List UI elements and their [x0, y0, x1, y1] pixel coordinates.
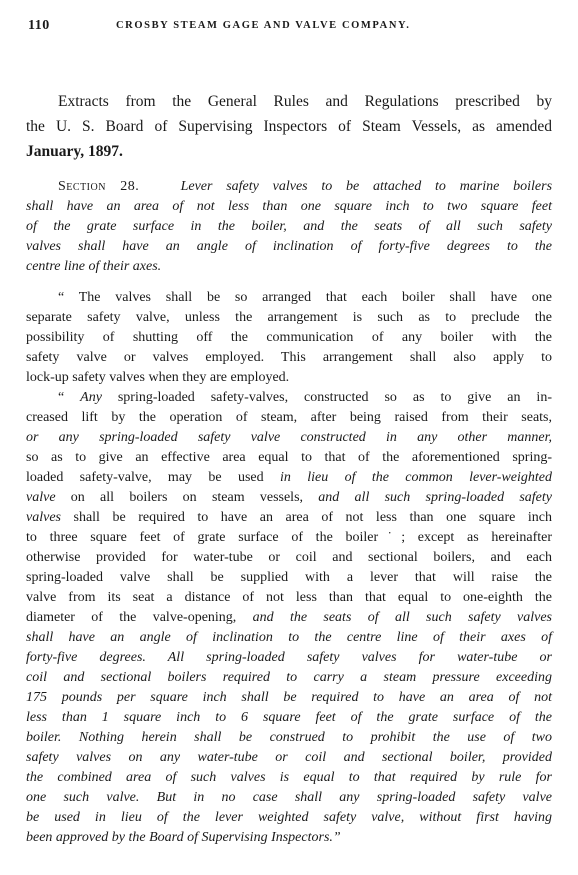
para2-line-10: spring-loaded valve shall be supplied wi… [26, 568, 552, 588]
para2-line-22: be used in lieu of the lever weighted sa… [26, 808, 552, 828]
title-line-3: January, 1897. [26, 142, 552, 162]
para1-line-1: “ The valves shall be so arranged that e… [58, 288, 552, 308]
section-line-3: of the grate surface in the boiler, and … [26, 217, 552, 237]
para2-line-5: loaded safety-valve, may be used in lieu… [26, 468, 552, 488]
section-line-5: centre line of their axes. [26, 257, 552, 277]
para2-line-17: less than 1 square inch to 6 square feet… [26, 708, 552, 728]
title-line-2: the U. S. Board of Supervising Inspector… [26, 117, 552, 137]
para2-line-2: creased lift by the operation of steam, … [26, 408, 552, 428]
para2-line-1: “ Any spring-loaded safety-valves, const… [58, 388, 552, 408]
page-header: 110 CROSBY STEAM GAGE AND VALVE COMPANY. [28, 18, 558, 38]
para2-line-19: safety valves on any water-tube or coil … [26, 748, 552, 768]
para2-line-8: to three square feet of grate surface of… [26, 528, 552, 548]
para2-line-13: shall have an angle of inclination to th… [26, 628, 552, 648]
section-line-2: shall have an area of not less than one … [26, 197, 552, 217]
para2-line-16: 175 pounds per square inch shall be requ… [26, 688, 552, 708]
section-label: Section 28. [58, 179, 139, 194]
para2-line-4: so as to give an effective area equal to… [26, 448, 552, 468]
running-head: CROSBY STEAM GAGE AND VALVE COMPANY. [116, 20, 410, 31]
para2-line-3: or any spring-loaded safety valve constr… [26, 428, 552, 448]
page-number: 110 [28, 18, 50, 34]
para2-line-23: been approved by the Board of Supervisin… [26, 828, 552, 848]
para2-line-20: the combined area of such valves is equa… [26, 768, 552, 788]
para2-line-12: diameter of the valve-opening, and the s… [26, 608, 552, 628]
section-line-4: valves shall have an angle of inclinatio… [26, 237, 552, 257]
para2-line-9: otherwise provided for water-tube or coi… [26, 548, 552, 568]
para1-line-5: lock-up safety valves when they are empl… [26, 368, 552, 388]
section-line-1: Section 28. Lever safety valves to be at… [58, 177, 552, 197]
para1-line-2: separate safety valve, unless the arrang… [26, 308, 552, 328]
para2-line-18: boiler. Nothing herein shall be construe… [26, 728, 552, 748]
para2-line-7: valves shall be required to have an area… [26, 508, 552, 528]
para2-line-11: valve from its seat a distance of not le… [26, 588, 552, 608]
para2-line-21: one such valve. But in no case shall any… [26, 788, 552, 808]
document-page: 110 CROSBY STEAM GAGE AND VALVE COMPANY.… [0, 0, 578, 875]
para1-line-3: possibility of shutting off the communic… [26, 328, 552, 348]
title-line-1: Extracts from the General Rules and Regu… [58, 92, 552, 112]
para2-line-14: forty-five degrees. All spring-loaded sa… [26, 648, 552, 668]
para2-line-15: coil and sectional boilers required to c… [26, 668, 552, 688]
para2-line-6: valve on all boilers on steam vessels, a… [26, 488, 552, 508]
para1-line-4: safety valve or valves employed. This ar… [26, 348, 552, 368]
